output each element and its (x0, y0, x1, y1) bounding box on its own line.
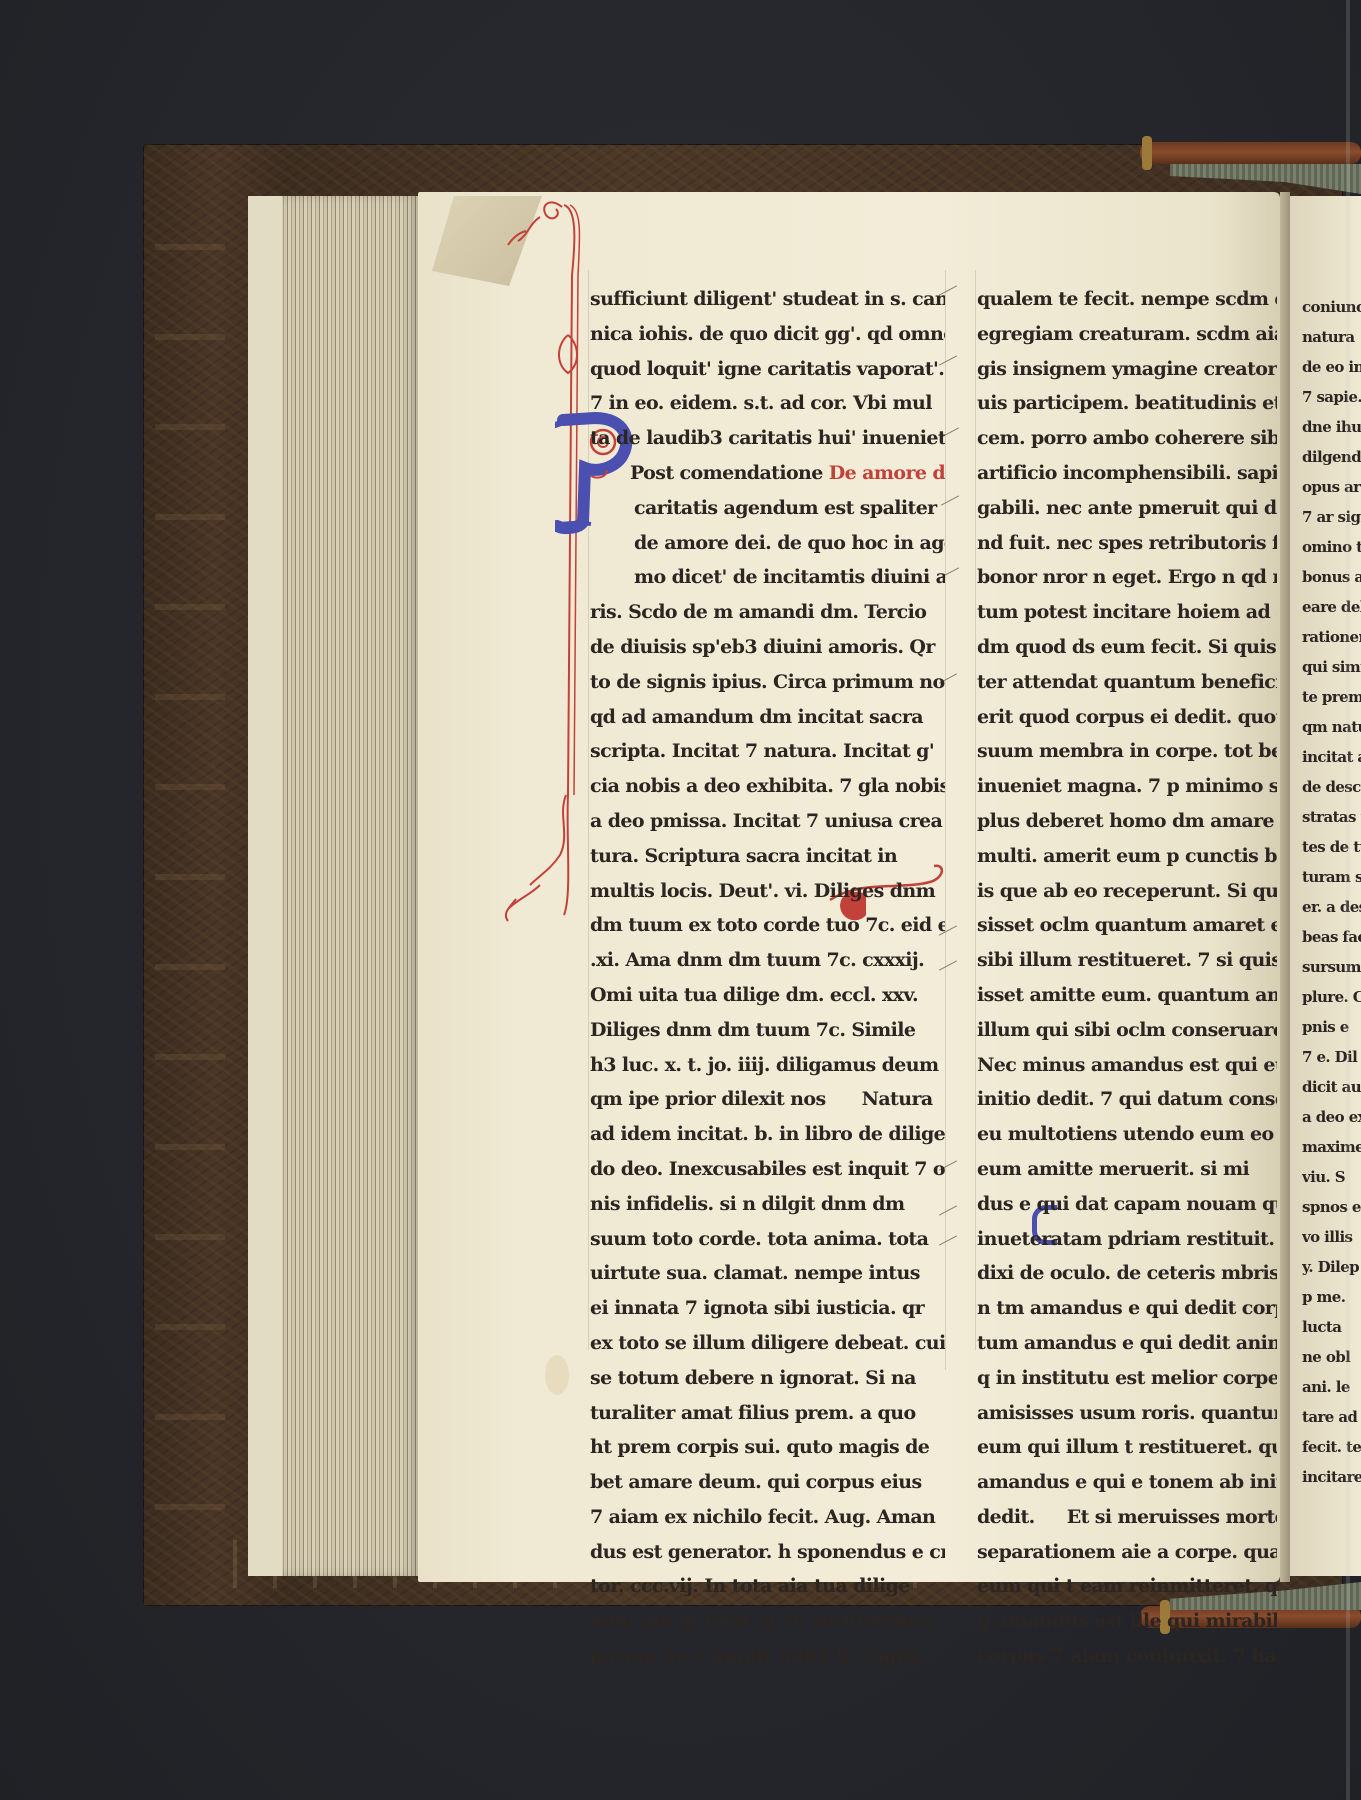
text-line: te prem (1302, 682, 1361, 712)
text-line: suum membra in corpe. tot beneficia (977, 734, 1277, 769)
text-line: turam s (1302, 862, 1361, 892)
gutter (1280, 192, 1290, 1582)
text-line: q in institutu est melior corpe. Si (977, 1361, 1277, 1396)
ruling-line (975, 270, 976, 1350)
text-line: tes de tu (1302, 832, 1361, 862)
text-line: multis locis. Deut'. vi. Diliges dnm (590, 874, 945, 909)
text-line: p me. (1302, 1282, 1361, 1312)
text-line: 7 sapie. d (1302, 382, 1361, 412)
text-line: dus e qui dat capam nouam qu (977, 1187, 1277, 1222)
text-line: bonor nror n eget. Ergo n qd magis (977, 560, 1277, 595)
clasp-ring-top (1142, 136, 1152, 170)
text-line: inueteratam pdriam restituit. Quod (977, 1222, 1277, 1257)
text-line: multi. amerit eum p cunctis bene (977, 839, 1277, 874)
text-line: fecit. te (1302, 1432, 1361, 1462)
text-line: qm natur (1302, 712, 1361, 742)
text-line: beas fac (1302, 922, 1361, 952)
text-line: dus est generator. h sponendus e crea (590, 1535, 945, 1570)
text-line: cia nobis a deo exhibita. 7 gla nobis (590, 769, 945, 804)
text-line: de descipl (1302, 772, 1361, 802)
text-line: dedit. Et si meruisses mortem (977, 1500, 1277, 1535)
text-line: incitat a (1302, 742, 1361, 772)
text-line: n tm amandus e qui dedit corpus (977, 1291, 1277, 1326)
glass-plate-edge (1346, 0, 1350, 1800)
text-line: bet amare deum. qui corpus eius (590, 1465, 945, 1500)
text-line: dilgend (1302, 442, 1361, 472)
text-column-b: qualem te fecit. nempe scdm corpus egreg… (977, 282, 1277, 1674)
text-line: tare ad (1302, 1402, 1361, 1432)
text-line: dm quod ds eum fecit. Si quis dili (977, 630, 1277, 665)
text-line: pnis e (1302, 1012, 1361, 1042)
page-stack-front-leaf (248, 196, 282, 1576)
text-line: is que ab eo receperunt. Si quis ei (977, 874, 1277, 909)
text-line: eum qui te fecit. b. in sermonibus. (590, 1604, 945, 1639)
text-line: nis infidelis. si n dilgit dnm dm (590, 1187, 945, 1222)
text-line: viu. S (1302, 1162, 1361, 1192)
text-line: ter attendat quantum beneficium fu (977, 665, 1277, 700)
text-line: ad idem incitat. b. in libro de dilige (590, 1117, 945, 1152)
text-line: sisset oclm quantum amaret eum qui (977, 908, 1277, 943)
clasp-strap-top (1140, 142, 1361, 164)
text-line: uis participem. beatitudinis eterne capa (977, 386, 1277, 421)
text-line: 7 in eo. eidem. s.t. ad cor. Vbi mul (590, 386, 945, 421)
text-line: tum amandus e qui dedit animam (977, 1326, 1277, 1361)
text-run: Post comendatione (590, 462, 829, 484)
text-line: sibi illum restitueret. 7 si quis uoi (977, 943, 1277, 978)
text-line: qui simul (1302, 652, 1361, 682)
text-line: egregiam creaturam. scdm aiam ma (977, 317, 1277, 352)
rubric-heading: De amore dei. (829, 462, 945, 484)
text-line: cem. porro ambo coherere sibi fecit (977, 421, 1277, 456)
text-line: dne ihu (1302, 412, 1361, 442)
text-line: qm ipe prior dilexit nos Natura (590, 1082, 945, 1117)
text-line: artificio incomphensibili. sapia inuesti (977, 456, 1277, 491)
text-line: isset amitte eum. quantum amaret (977, 978, 1277, 1013)
text-line: parum ne e inquit uidet h. cogita (590, 1639, 945, 1674)
text-line: de diuisis sp'eb3 diuini amoris. Qr (590, 630, 945, 665)
text-line: a deo ex (1302, 1102, 1361, 1132)
text-line: se totum debere n ignorat. Si na (590, 1361, 945, 1396)
text-line: gis insignem ymagine creatoris. di (977, 352, 1277, 387)
text-line: dicit au (1302, 1072, 1361, 1102)
text-line: do deo. Inexcusabiles est inquit 7 om (590, 1152, 945, 1187)
text-line: tor. ccc.vij. In tota aia tua dilige (590, 1569, 945, 1604)
text-line: eare debe (1302, 592, 1361, 622)
text-line: eum qui t eam reinmitteret. quan (977, 1569, 1277, 1604)
text-line: Omi uita tua dilige dm. eccl. xxv. (590, 978, 945, 1013)
text-line: qd ad amandum dm incitat sacra (590, 700, 945, 735)
text-line: tum potest incitare hoiem ad amand (977, 595, 1277, 630)
text-line: opus ar (1302, 472, 1361, 502)
text-line: suum toto corde. tota anima. tota (590, 1222, 945, 1257)
text-line: inueniet magna. 7 p minimo sibi (977, 769, 1277, 804)
text-line: dixi de oculo. de ceteris mbris cogita. (977, 1256, 1277, 1291)
text-line: y. Dilep (1302, 1252, 1361, 1282)
text-line: .xi. Ama dnm dm tuum 7c. cxxxij. (590, 943, 945, 978)
text-line: 7 e. Dil (1302, 1042, 1361, 1072)
text-line: maxime (1302, 1132, 1361, 1162)
text-line: ex toto se illum diligere debeat. cui (590, 1326, 945, 1361)
text-line: natura (1302, 322, 1361, 352)
parchment-stain (545, 1355, 569, 1395)
text-line: quod loquit' igne caritatis vaporat'. (590, 352, 945, 387)
text-line: g amandus est ille qui mirabili (977, 1604, 1277, 1639)
text-line: initio dedit. 7 qui datum conseruat (977, 1082, 1277, 1117)
text-line: nica iohis. de quo dicit gg'. qd omne (590, 317, 945, 352)
text-line: turaliter amat filius prem. a quo (590, 1396, 945, 1431)
text-line: separationem aie a corpe. quantu ama (977, 1535, 1277, 1570)
text-line: lucta (1302, 1312, 1361, 1342)
text-line: Diliges dnm dm tuum 7c. Simile (590, 1013, 945, 1048)
text-line: incitare (1302, 1462, 1361, 1492)
text-line: tura. Scriptura sacra incitat in (590, 839, 945, 874)
text-line: er. a des (1302, 892, 1361, 922)
text-line: a deo pmissa. Incitat 7 uniusa crea (590, 804, 945, 839)
blind-tooling-left (155, 204, 225, 1544)
text-line: coniunct (1302, 292, 1361, 322)
text-line: plure. C (1302, 982, 1361, 1012)
text-line: bonus am (1302, 562, 1361, 592)
text-line: uirtute sua. clamat. nempe intus (590, 1256, 945, 1291)
text-line: ta de laudib3 caritatis hui' inueniet. (590, 421, 945, 456)
text-line: plus deberet homo dm amare qui (977, 804, 1277, 839)
text-line: amandus e qui e tonem ab initio (977, 1465, 1277, 1500)
text-line: corpus 7 aiam coniunxit. 7 hanc (977, 1639, 1277, 1674)
text-column-a: sufficiunt diligent' studeat in s. cano … (590, 282, 945, 1674)
text-line: erit quod corpus ei dedit. quot eum (977, 700, 1277, 735)
text-line: sufficiunt diligent' studeat in s. cano (590, 282, 945, 317)
text-line: eu multotiens utendo eum eo (977, 1117, 1277, 1152)
text-line: stratas u (1302, 802, 1361, 832)
text-line: de eo in (1302, 352, 1361, 382)
text-run: qm ipe prior dilexit nos (590, 1088, 832, 1110)
text-line: ne obl (1302, 1342, 1361, 1372)
text-line: rationem (1302, 622, 1361, 652)
text-line: to de signis ipius. Circa primum no (590, 665, 945, 700)
text-line: 7 aiam ex nichilo fecit. Aug. Aman (590, 1500, 945, 1535)
text-line: omino t (1302, 532, 1361, 562)
text-line: amisisses usum roris. quantum ama (977, 1396, 1277, 1431)
text-line: qualem te fecit. nempe scdm corpus (977, 282, 1277, 317)
text-line: h3 luc. x. t. jo. iiij. diligamus deum (590, 1048, 945, 1083)
text-line: de amore dei. de quo hoc in agem'. Pri (590, 526, 945, 561)
text-run: dedit. (977, 1506, 1041, 1528)
text-line: caritatis agendum est spaliter (590, 491, 945, 526)
text-line: ani. le (1302, 1372, 1361, 1402)
initial-n-text: Natura (832, 1088, 933, 1110)
text-line: ris. Scdo de m amandi dm. Tercio (590, 595, 945, 630)
text-line: 7 ar sign (1302, 502, 1361, 532)
text-line: dm tuum ex toto corde tuo 7c. eid e (590, 908, 945, 943)
initial-c-text: Et si meruisses mortem (1041, 1506, 1277, 1528)
text-line: illum qui sibi oclm conseruaret. (977, 1013, 1277, 1048)
text-line: ei innata 7 ignota sibi iusticia. qr (590, 1291, 945, 1326)
text-line: eum amitte meruerit. si mi (977, 1152, 1277, 1187)
text-column-facing-page: coniunct natura de eo in 7 sapie. d dne … (1302, 292, 1361, 1492)
text-line: nd fuit. nec spes retributoris fuit (977, 526, 1277, 561)
text-line: mo dicet' de incitamtis diuini amo (590, 560, 945, 595)
text-line: gabili. nec ante pmeruit qui dedit (977, 491, 1277, 526)
text-line: spnos e (1302, 1192, 1361, 1222)
text-line: ht prem corpis sui. quto magis de (590, 1430, 945, 1465)
text-line: sursum (1302, 952, 1361, 982)
text-line: Post comendatione De amore dei. (590, 456, 945, 491)
text-line: eum qui illum t restitueret. quan (977, 1430, 1277, 1465)
text-line: scripta. Incitat 7 natura. Incitat g' (590, 734, 945, 769)
text-line: vo illis (1302, 1222, 1361, 1252)
text-line: Nec minus amandus est qui eum (977, 1048, 1277, 1083)
